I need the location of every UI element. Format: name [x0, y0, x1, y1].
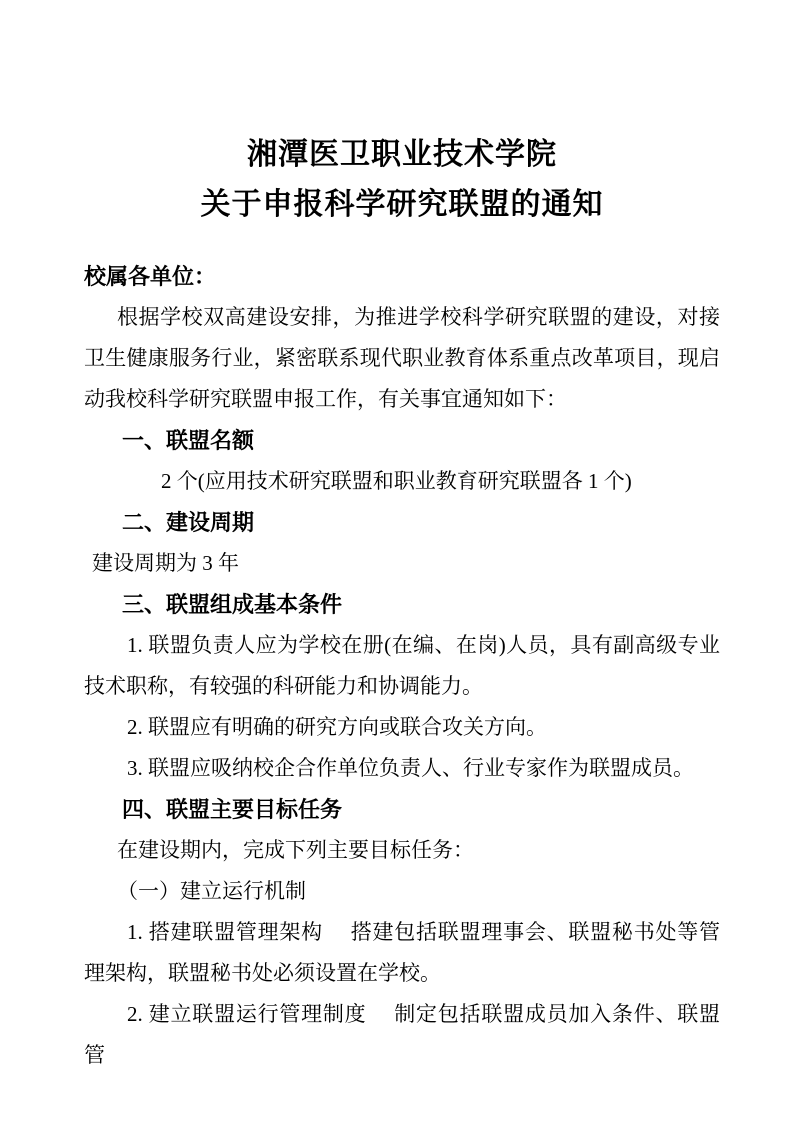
section-3-item-3: 3. 联盟应吸纳校企合作单位负责人、行业专家作为联盟成员。: [84, 748, 720, 789]
document-title-line-1: 湘潭医卫职业技术学院: [84, 130, 720, 180]
intro-paragraph: 根据学校双高建设安排，为推进学校科学研究联盟的建设，对接卫生健康服务行业，紧密联…: [84, 297, 720, 420]
section-heading-4: 四、联盟主要目标任务: [122, 789, 720, 830]
section-heading-1: 一、联盟名额: [122, 420, 720, 461]
section-heading-3: 三、联盟组成基本条件: [122, 584, 720, 625]
section-4-item-2: （一）建立运行机制: [84, 871, 720, 912]
section-heading-2: 二、建设周期: [122, 502, 720, 543]
document-title-line-2: 关于申报科学研究联盟的通知: [84, 180, 720, 230]
section-4-item-1: 在建设期内，完成下列主要目标任务：: [84, 830, 720, 871]
section-3-item-1: 1. 联盟负责人应为学校在册(在编、在岗)人员，具有副高级专业技术职称，有较强的…: [84, 625, 720, 707]
section-2-item-1: 建设周期为 3 年: [84, 543, 720, 584]
section-1-item-1: 2 个(应用技术研究联盟和职业教育研究联盟各 1 个): [84, 461, 720, 502]
section-3-item-2: 2. 联盟应有明确的研究方向或联合攻关方向。: [84, 707, 720, 748]
salutation: 校属各单位：: [84, 256, 720, 297]
section-4-item-3: 1. 搭建联盟管理架构 搭建包括联盟理事会、联盟秘书处等管理架构，联盟秘书处必须…: [84, 912, 720, 994]
section-4-item-4: 2. 建立联盟运行管理制度 制定包括联盟成员加入条件、联盟管: [84, 994, 720, 1076]
document-page: 湘潭医卫职业技术学院 关于申报科学研究联盟的通知 校属各单位： 根据学校双高建设…: [0, 0, 793, 1122]
